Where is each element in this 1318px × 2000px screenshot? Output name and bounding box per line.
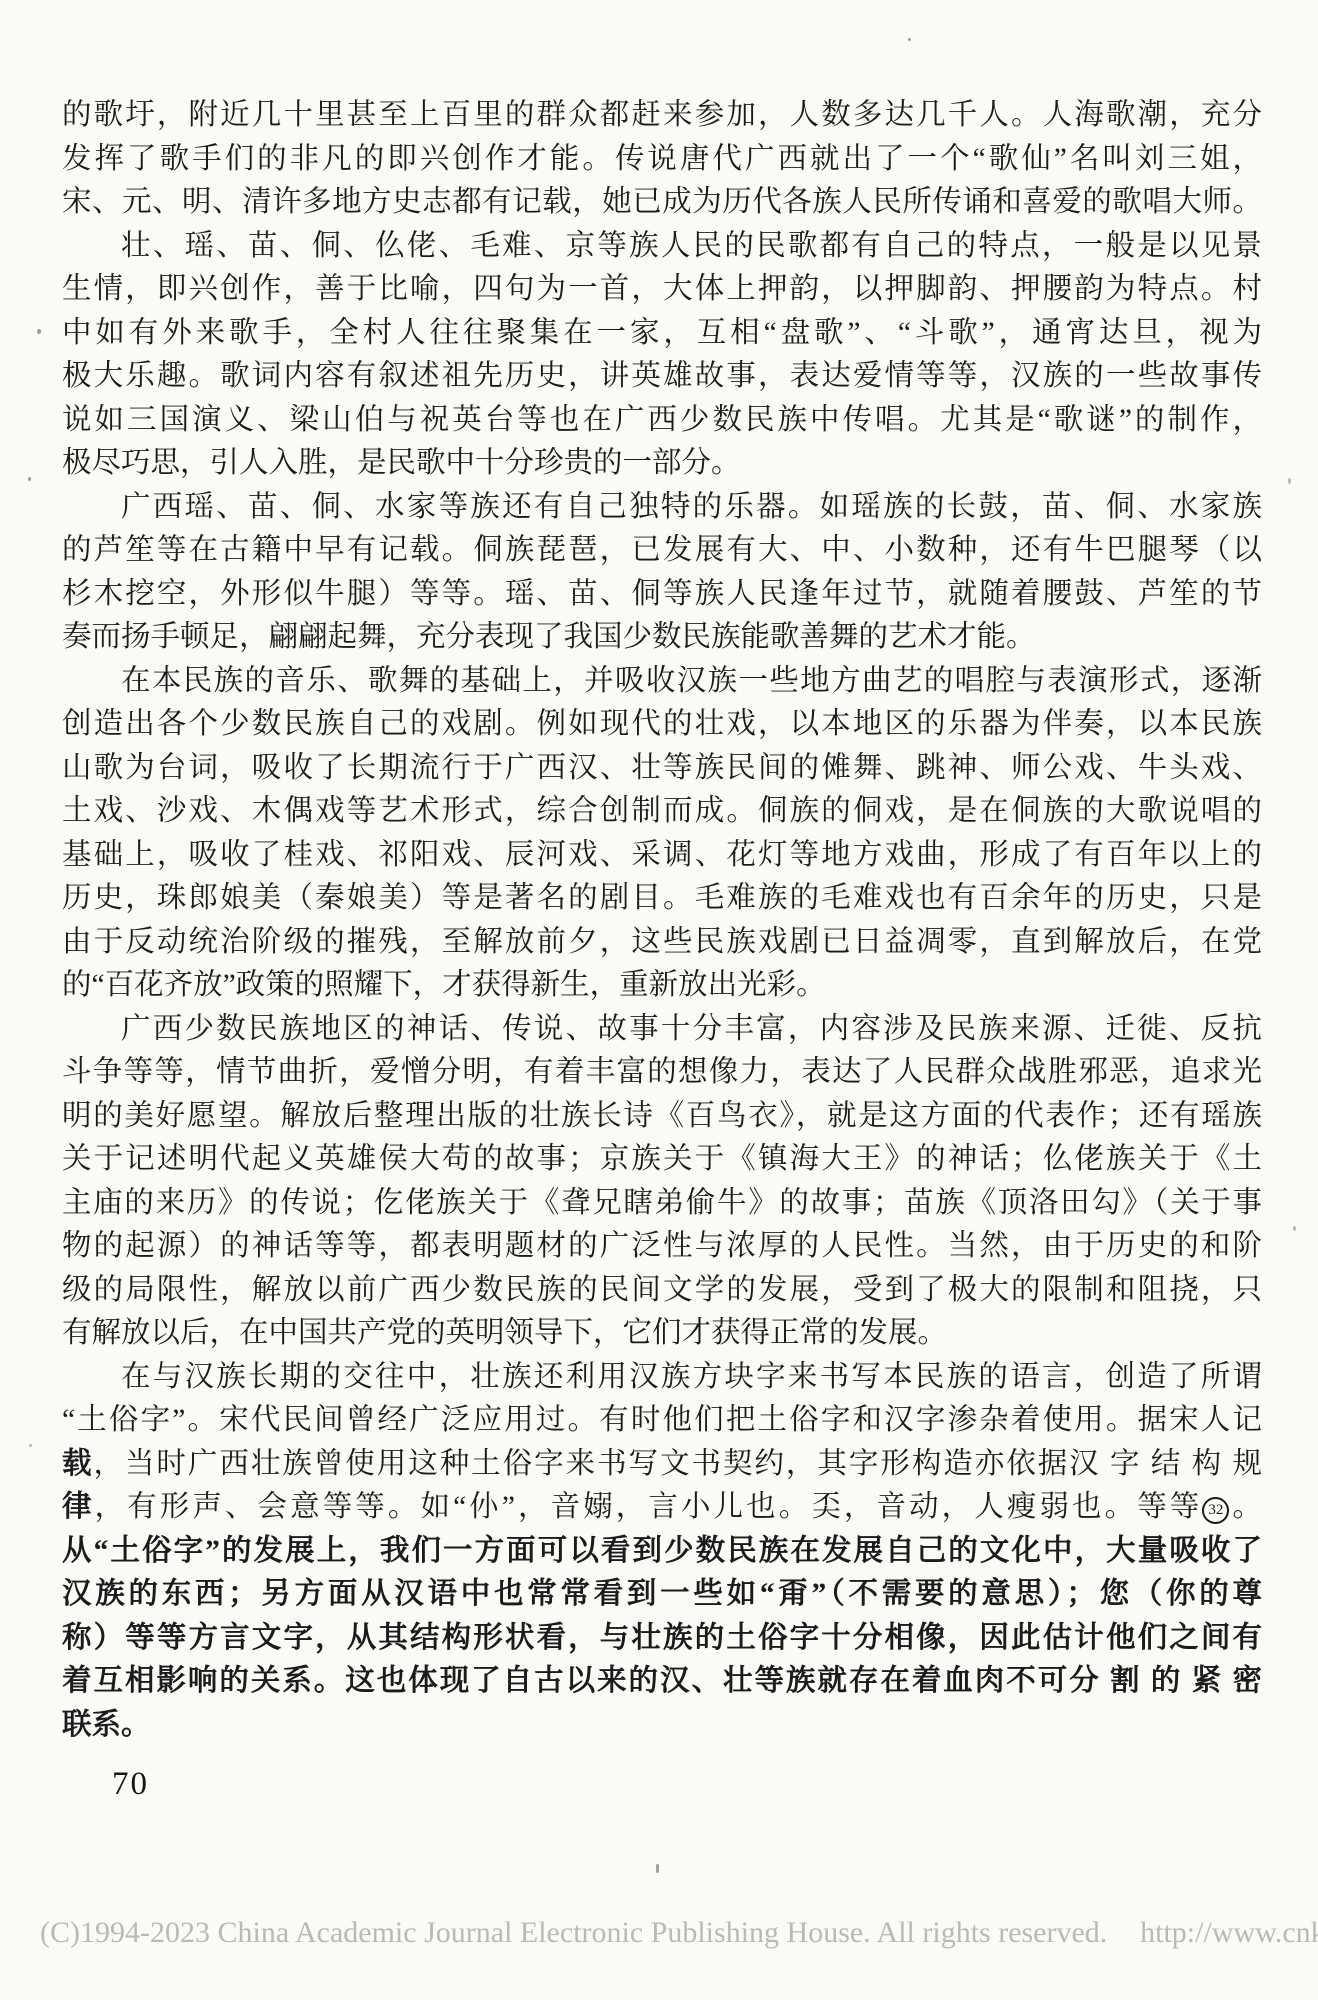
text-line: 壮、瑶、苗、侗、仫佬、毛难、京等族人民的民歌都有自己的特点，一般是以见景: [62, 225, 1262, 269]
text-line: 中如有外来歌手，全村人往往聚集在一家，互相“盘歌”、“斗歌”，通宵达旦，视为: [62, 312, 1262, 356]
text-line: 主庙的来历》的传说；仡佬族关于《聋兄瞎弟偷牛》的故事；苗族《顶洛田勾》（关于事: [62, 1182, 1262, 1226]
watermark-footer: (C)1994-2023 China Academic Journal Elec…: [0, 1916, 1318, 1950]
scan-speckle: [908, 38, 911, 41]
text-line: 从“土俗字”的发展上，我们一方面可以看到少数民族在发展自己的文化中，大量吸收了: [62, 1530, 1262, 1574]
text-line: 物的起源）的神话等等，都表明题材的广泛性与浓厚的人民性。当然，由于历史的和阶: [62, 1225, 1262, 1269]
scan-speckle: [37, 329, 41, 334]
text-line: 广西瑶、苗、侗、水家等族还有自己独特的乐器。如瑶族的长鼓，苗、侗、水家族: [62, 486, 1262, 530]
body-text: 的歌圩，附近几十里甚至上百里的群众都赶来参加，人数多达几千人。人海歌潮，充分发挥…: [62, 94, 1262, 1747]
text-line: 着互相影响的关系。这也体现了自古以来的汉、壮等族就存在着血肉不可分 割 的 紧 …: [62, 1660, 1262, 1704]
watermark-url: http://www.cnki: [1140, 1916, 1318, 1950]
text-line: 的芦笙等在古籍中早有记载。侗族琵琶，已发展有大、中、小数种，还有牛巴腿琴（以: [62, 529, 1262, 573]
text-line: 级的局限性，解放以前广西少数民族的民间文学的发展，受到了极大的限制和阻挠，只: [62, 1269, 1262, 1313]
footnote-32-marker: 32: [1202, 1497, 1229, 1524]
text-line: 创造出各个少数民族自己的戏剧。例如现代的壮戏，以本地区的乐器为伴奏，以本民族: [62, 703, 1262, 747]
text-line: 明的美好愿望。解放后整理出版的壮族长诗《百鸟衣》，就是这方面的代表作；还有瑶族: [62, 1095, 1262, 1139]
scan-speckle: [656, 1864, 659, 1873]
text-line: 极尽巧思，引人入胜，是民歌中十分珍贵的一部分。: [62, 442, 1262, 486]
watermark-copyright: (C)1994-2023 China Academic Journal Elec…: [40, 1916, 1107, 1950]
text-line: 在本民族的音乐、歌舞的基础上，并吸收汉族一些地方曲艺的唱腔与表演形式，逐渐: [62, 660, 1262, 704]
text-line: 极大乐趣。歌词内容有叙述祖先历史，讲英雄故事，表达爱情等等，汉族的一些故事传: [62, 355, 1262, 399]
scanned-page: { "colors": { "page_background": "#fbfaf…: [0, 0, 1318, 2000]
text-line: 的歌圩，附近几十里甚至上百里的群众都赶来参加，人数多达几千人。人海歌潮，充分: [62, 94, 1262, 138]
text-line: 律，有形声、会意等等。如“仦”，音嫋，言小儿也。奀，音动，人瘦弱也。等等32。: [62, 1486, 1262, 1530]
scan-speckle: [28, 477, 31, 481]
text-line: 广西少数民族地区的神话、传说、故事十分丰富，内容涉及民族来源、迁徙、反抗: [62, 1008, 1262, 1052]
text-line: 关于记述明代起义英雄侯大苟的故事；京族关于《镇海大王》的神话；仫佬族关于《土: [62, 1138, 1262, 1182]
text-line: 载，当时广西壮族曾使用这种土俗字来书写文书契约，其字形构造亦依据汉 字 结 构 …: [62, 1443, 1262, 1487]
scan-speckle: [1250, 858, 1253, 861]
text-line: 说如三国演义、梁山伯与祝英台等也在广西少数民族中传唱。尤其是“歌谜”的制作，: [62, 399, 1262, 443]
text-line: “土俗字”。宋代民间曾经广泛应用过。有时他们把土俗字和汉字渗杂着使用。据宋人记: [62, 1399, 1262, 1443]
text-line: 山歌为台词，吸收了长期流行于广西汉、壮等族民间的傩舞、跳神、师公戏、牛头戏、: [62, 747, 1262, 791]
text-line: 宋、元、明、清许多地方史志都有记载，她已成为历代各族人民所传诵和喜爱的歌唱大师。: [62, 181, 1262, 225]
text-line: 土戏、沙戏、木偶戏等艺术形式，综合创制而成。侗族的侗戏，是在侗族的大歌说唱的: [62, 790, 1262, 834]
text-line: 历史，珠郎娘美（秦娘美）等是著名的剧目。毛难族的毛难戏也有百余年的历史，只是: [62, 877, 1262, 921]
text-line: 发挥了歌手们的非凡的即兴创作才能。传说唐代广西就出了一个“歌仙”名叫刘三姐，: [62, 138, 1262, 182]
scan-speckle: [1293, 1226, 1296, 1231]
scan-speckle: [29, 1444, 32, 1447]
text-line: 杉木挖空，外形似牛腿）等等。瑶、苗、侗等族人民逢年过节，就随着腰鼓、芦笙的节: [62, 573, 1262, 617]
text-line: 由于反动统治阶级的摧残，至解放前夕，这些民族戏剧已日益凋零，直到解放后，在党: [62, 921, 1262, 965]
text-line: 的“百花齐放”政策的照耀下，才获得新生，重新放出光彩。: [62, 964, 1262, 1008]
text-line: 生情，即兴创作，善于比喻，四句为一首，大体上押韵，以押脚韵、押腰韵为特点。村: [62, 268, 1262, 312]
text-line: 在与汉族长期的交往中，壮族还利用汉族方块字来书写本民族的语言，创造了所谓: [62, 1356, 1262, 1400]
text-line: 奏而扬手顿足，翩翩起舞，充分表现了我国少数民族能歌善舞的艺术才能。: [62, 616, 1262, 660]
text-line: 斗争等等，情节曲折，爱憎分明，有着丰富的想像力，表达了人民群众战胜邪恶，追求光: [62, 1051, 1262, 1095]
text-line: 有解放以后，在中国共产党的英明领导下，它们才获得正常的发展。: [62, 1312, 1262, 1356]
page-number: 70: [112, 1766, 149, 1803]
scan-speckle: [1288, 478, 1291, 484]
text-line: 基础上，吸收了桂戏、祁阳戏、辰河戏、采调、花灯等地方戏曲，形成了有百年以上的: [62, 834, 1262, 878]
text-line: 联系。: [62, 1704, 1262, 1748]
text-line: 汉族的东西；另方面从汉语中也常常看到一些如“甭”（不需要的意思）；您（你的尊: [62, 1573, 1262, 1617]
text-line: 称）等等方言文字，从其结构形状看，与壮族的土俗字十分相像，因此估计他们之间有: [62, 1617, 1262, 1661]
